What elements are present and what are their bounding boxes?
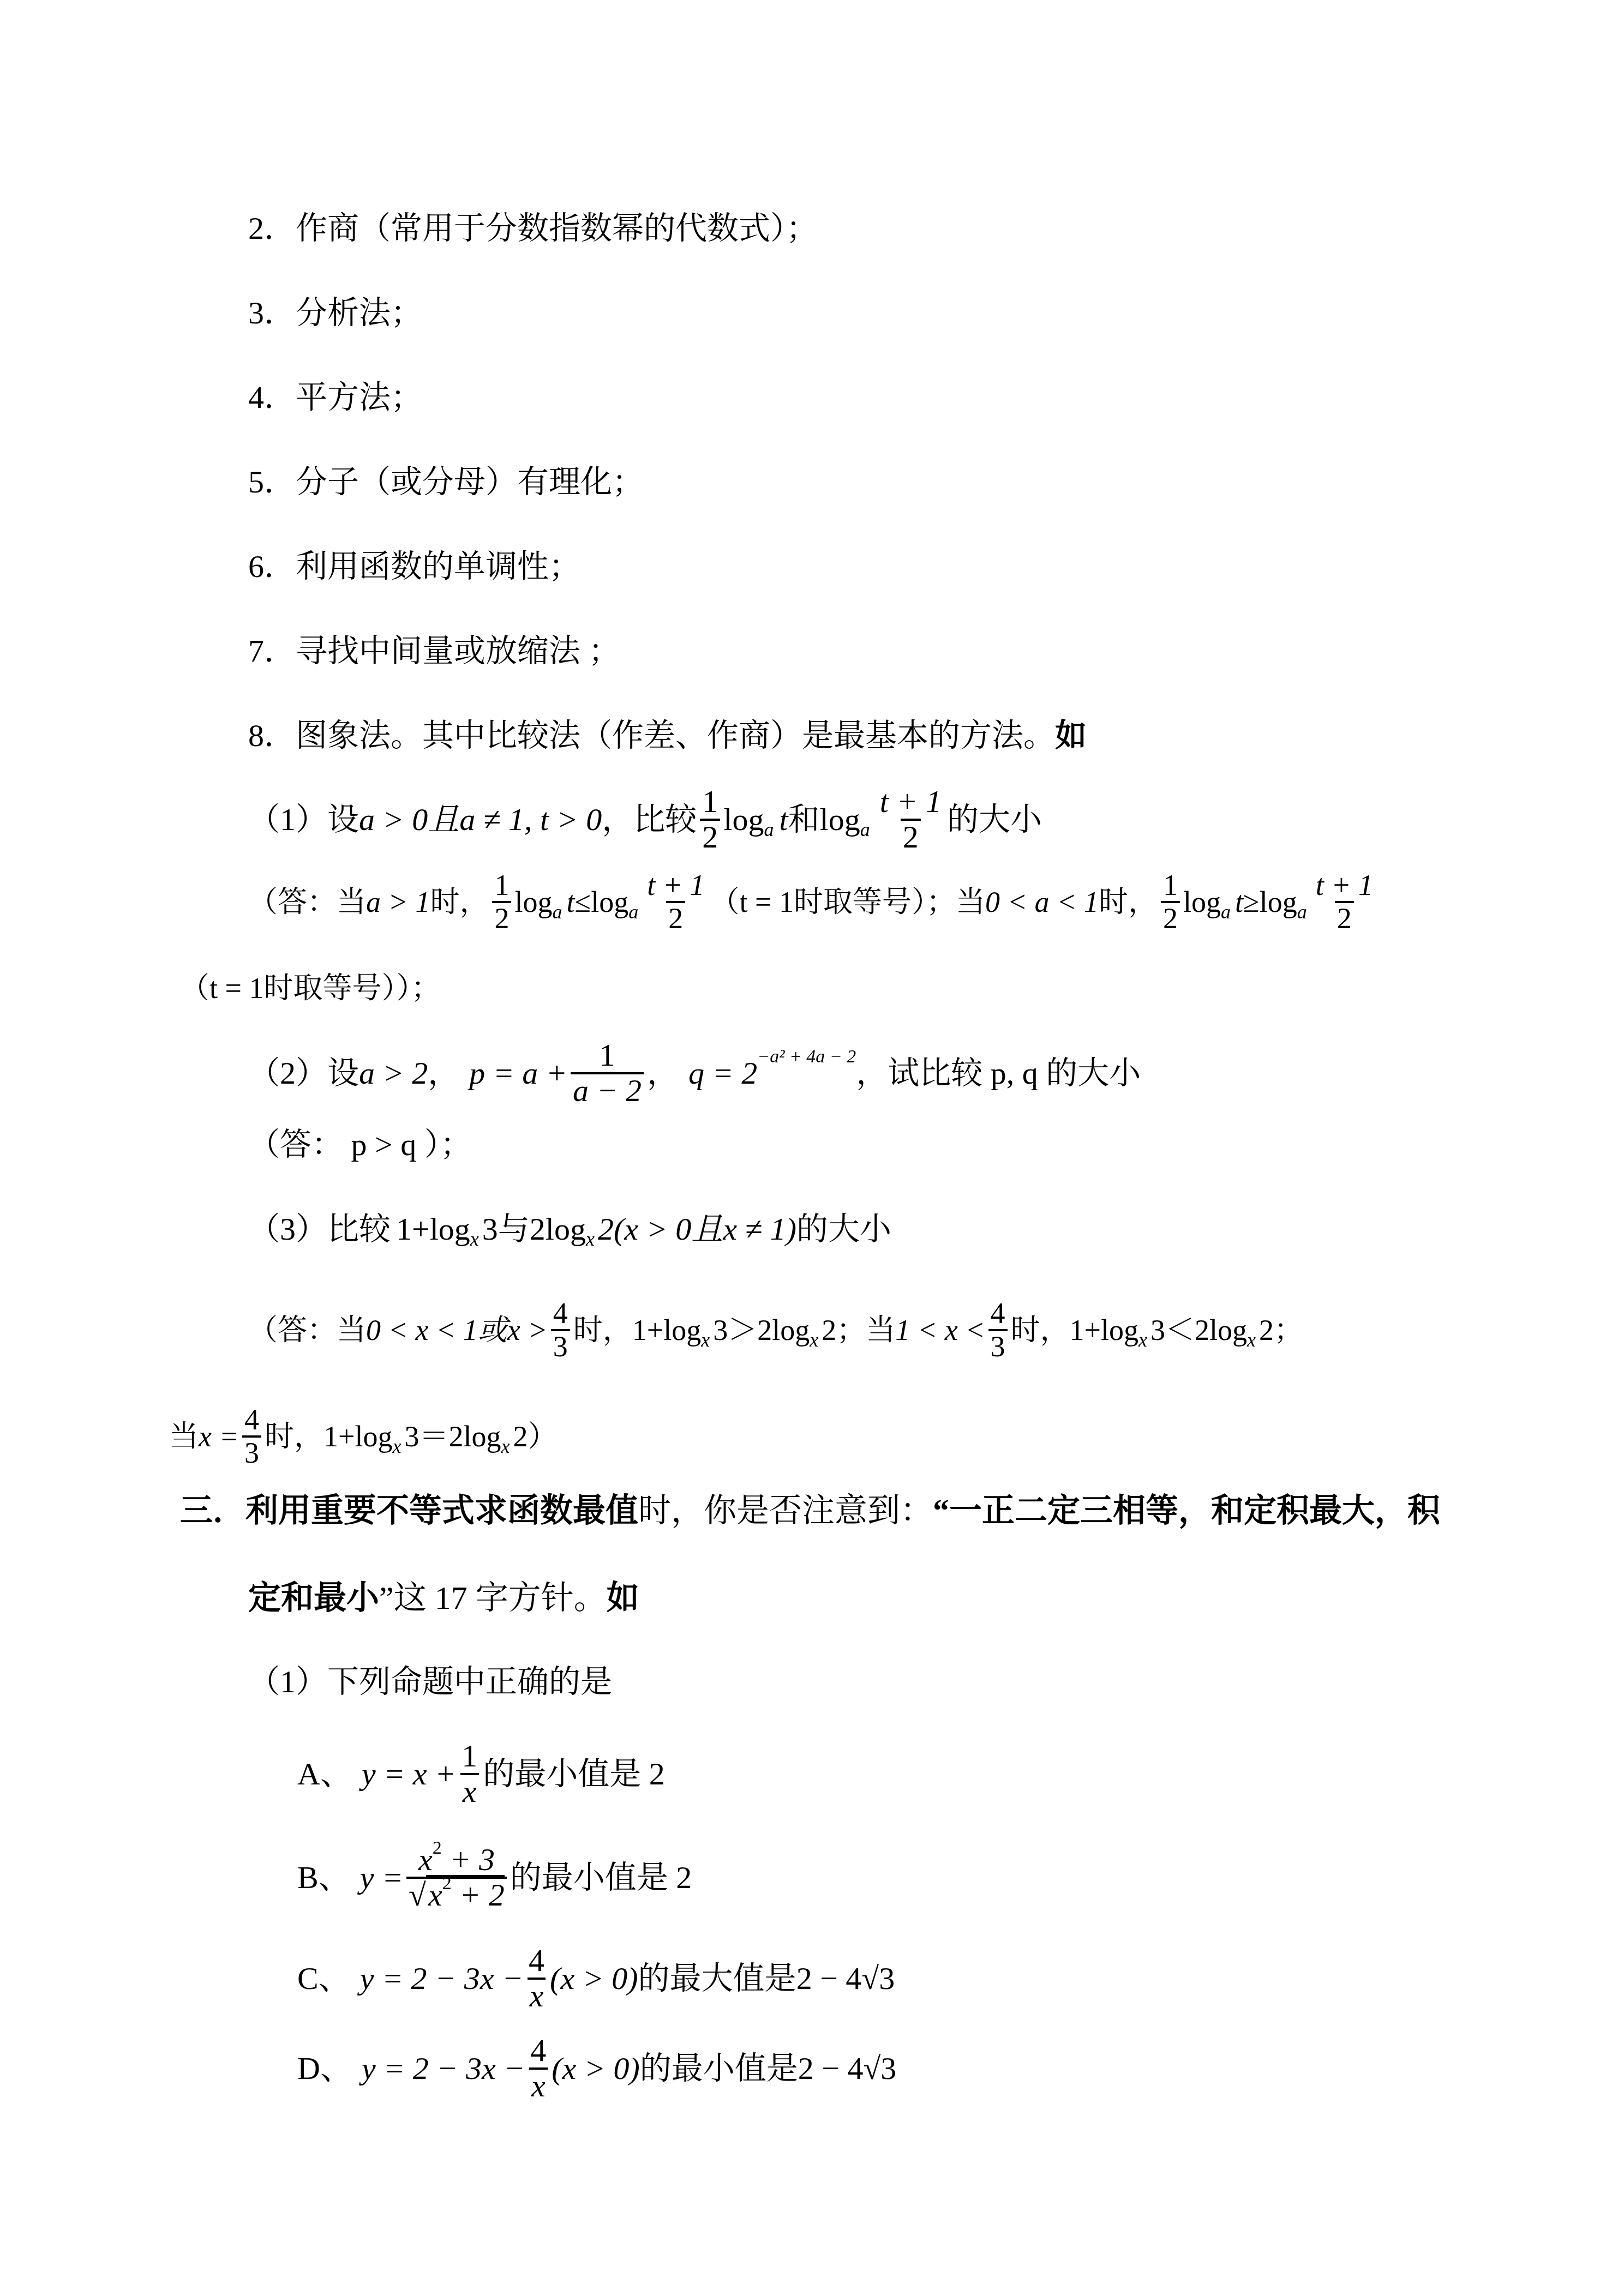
numerator: 4 [242, 1404, 261, 1435]
expression: 2log [757, 1315, 810, 1345]
log-base: x [392, 1436, 401, 1456]
formula: y = [360, 1862, 403, 1894]
text: （答：当 [248, 1315, 366, 1345]
value: 3 [1150, 1315, 1165, 1345]
fraction-half: 1 2 [700, 785, 720, 854]
fraction: 1 a − 2 [571, 1039, 644, 1108]
denominator: 2 [1335, 901, 1354, 934]
text: ；当 [836, 1315, 895, 1345]
condition: a > 0且a ≠ 1, t > 0 [359, 804, 602, 836]
formula: y = x + [362, 1758, 456, 1790]
denominator: 2 [666, 901, 685, 934]
numerator: 1 [597, 1039, 618, 1072]
motto: “一正二定三相等，和定积最大，积 [933, 1494, 1440, 1527]
expression: 2log [1195, 1315, 1247, 1345]
domain: (x > 0) [550, 1963, 638, 1994]
value: 2 [513, 1422, 528, 1451]
text: 与 [498, 1213, 530, 1245]
method-item-6: 6． 利用函数的单调性； [248, 551, 580, 582]
numerator: 4 [551, 1298, 570, 1329]
section-3-heading-cont: 定和最小 ”这 17 字方针。 如 [248, 1582, 639, 1614]
example-label: （3）比较 [248, 1213, 391, 1245]
question-1-stem: （1）下列命题中正确的是 [248, 1666, 612, 1698]
example-3-answer-cont: 当 x = 4 3 时， 1+logx 3 ＝ 2logx 2 ） [169, 1404, 557, 1468]
log-base: x [810, 1330, 818, 1350]
condition: 1 < x < [895, 1315, 985, 1345]
denominator: 2 [700, 819, 720, 854]
log-base: x [1138, 1330, 1147, 1350]
numerator: t + 1 [1314, 870, 1375, 901]
method-number: 8． [248, 720, 296, 752]
method-item-4: 4． 平方法； [248, 382, 422, 413]
denominator: √x2 + 2 [406, 1877, 507, 1912]
method-text: 图象法。其中比较法（作差、作商）是最基本的方法。 [296, 720, 1055, 752]
value: 2； [1259, 1315, 1303, 1345]
fraction-half: 1 2 [492, 870, 511, 934]
text: ”这 17 字方针。 [379, 1582, 607, 1614]
text: （答：当 [248, 887, 366, 917]
example-2-answer: （答： p > q ）； [248, 1129, 472, 1161]
log: log [1260, 887, 1297, 917]
method-number: 6． [248, 551, 296, 582]
method-tail: 如 [1055, 720, 1087, 752]
text: （t = 1时取等号））； [180, 973, 440, 1003]
option-c: C、 y = 2 − 3x − 4 x (x > 0) 的最大值是 2 − 4√… [297, 1944, 895, 2013]
relation: ≥ [1243, 887, 1260, 917]
method-item-2: 2． 作商（常用于分数指数幂的代数式）； [248, 213, 818, 244]
expression: 1+log [632, 1315, 701, 1345]
method-item-8: 8． 图象法。其中比较法（作差、作商）是最基本的方法。 如 [248, 720, 1087, 752]
relation: ≤ [574, 887, 591, 917]
text: 当 [169, 1422, 199, 1451]
log-base: a [764, 820, 774, 839]
example-3: （3）比较 1+logx 3 与 2logx 2(x > 0且x ≠ 1) 的大… [248, 1213, 891, 1245]
text: 时， [573, 1315, 632, 1345]
numerator: 1 [700, 785, 720, 819]
numerator: 1 [492, 870, 511, 901]
condition: 0 < a < 1 [985, 887, 1099, 917]
numerator: t + 1 [645, 870, 706, 901]
example-3-answer: （答：当 0 < x < 1或x > 4 3 时， 1+logx 3 ＞ 2lo… [248, 1298, 1303, 1362]
text: 的大小 [947, 804, 1042, 836]
q-expression: q = 2 [688, 1057, 757, 1089]
log-base: x [701, 1330, 710, 1350]
expression: 1+log [396, 1213, 470, 1245]
log-base: a [1221, 902, 1231, 922]
method-number: 7． [248, 635, 296, 667]
relation: ＞ [728, 1315, 757, 1345]
option-text: 的最小值是 2 [483, 1758, 665, 1790]
numerator: 4 [528, 2034, 548, 2067]
method-text: 平方法； [296, 382, 422, 413]
method-text: 作商（常用于分数指数幂的代数式）； [296, 213, 818, 244]
expression: 1+log [1070, 1315, 1138, 1345]
method-text: 寻找中间量或放缩法 ； [296, 635, 620, 667]
option-b: B、 y = x2 + 3 √x2 + 2 的最小值是 2 [297, 1843, 692, 1912]
log-base: x [1247, 1330, 1256, 1350]
denominator: x [528, 1978, 546, 2013]
var: t [1235, 887, 1243, 917]
text: 时， [265, 1422, 323, 1451]
condition: 0 < x < 1或x > [366, 1315, 548, 1345]
log: log [820, 804, 860, 836]
text: 和 [788, 804, 820, 836]
expression: 2log [448, 1422, 501, 1451]
relation: ＜ [1165, 1315, 1195, 1345]
text: 时， [1099, 887, 1158, 917]
log-base: x [501, 1436, 510, 1456]
log-base: x [470, 1229, 479, 1249]
log: log [514, 887, 552, 917]
denominator: x [460, 1773, 479, 1808]
method-item-3: 3． 分析法； [248, 297, 422, 329]
method-item-7: 7． 寻找中间量或放缩法 ； [248, 635, 620, 667]
section-3-heading: 三． 利用重要不等式求函数最值 时，你是否注意到： “一正二定三相等，和定积最大… [180, 1494, 1440, 1527]
option-label: D、 [297, 2053, 352, 2084]
domain: (x > 0) [552, 2053, 640, 2084]
text: 如 [607, 1582, 639, 1614]
fraction: 4 x [526, 1944, 547, 2013]
expression: 2log [530, 1213, 586, 1245]
option-text: 的最小值是 2 [510, 1862, 692, 1894]
section-title: 利用重要不等式求函数最值 [245, 1494, 638, 1527]
option-label: B、 [297, 1862, 350, 1894]
option-label: A、 [297, 1758, 352, 1790]
fraction: 4 3 [988, 1298, 1008, 1362]
text: 时， [1011, 1315, 1070, 1345]
question-text: （1）下列命题中正确的是 [248, 1666, 612, 1698]
example-label: （2）设 [248, 1057, 359, 1089]
var: t [566, 887, 574, 917]
method-number: 2． [248, 213, 296, 244]
log-base: a [552, 902, 562, 922]
relation: ＝ [419, 1422, 448, 1451]
denominator: a − 2 [571, 1072, 644, 1108]
fraction: t + 1 2 [1314, 870, 1375, 934]
value: 2 [822, 1315, 836, 1345]
option-label: C、 [297, 1963, 350, 1994]
option-value: 2 − 4√3 [798, 2053, 897, 2084]
denominator: 3 [988, 1329, 1008, 1362]
method-number: 5． [248, 466, 296, 498]
fraction: 4 x [528, 2034, 548, 2103]
text: ， [647, 1057, 679, 1089]
value: 3 [713, 1315, 728, 1345]
log: log [723, 804, 764, 836]
example-label: （1）设 [248, 804, 359, 836]
method-item-5: 5． 分子（或分母）有理化； [248, 466, 644, 498]
numerator: 4 [526, 1944, 547, 1978]
var: t [779, 804, 788, 836]
fraction: t + 1 2 [645, 870, 706, 934]
text: ） [528, 1422, 557, 1451]
section-number: 三． [180, 1494, 245, 1527]
denominator: 3 [551, 1329, 570, 1362]
condition: 2(x > 0且x ≠ 1) [598, 1213, 796, 1245]
text: ，比较 [602, 804, 697, 836]
denominator: 2 [901, 819, 921, 854]
method-number: 3． [248, 297, 296, 329]
text: 的大小 [796, 1213, 891, 1245]
formula: y = 2 − 3x − [362, 2053, 525, 2084]
numerator: t + 1 [878, 785, 944, 819]
motto: 定和最小 [248, 1582, 379, 1614]
answer-text: （答： p > q ）； [248, 1129, 472, 1161]
denominator: x [529, 2067, 548, 2103]
example-1-answer: （答：当 a > 1 时， 1 2 loga t ≤ loga t + 1 2 … [248, 870, 1379, 934]
example-2: （2）设 a > 2 ， p = a + 1 a − 2 ， q = 2−a² … [248, 1039, 1141, 1108]
option-d: D、 y = 2 − 3x − 4 x (x > 0) 的最小值是 2 − 4√… [297, 2034, 896, 2103]
denominator: 3 [242, 1435, 261, 1469]
numerator: x2 + 3 [416, 1843, 497, 1877]
method-text: 利用函数的单调性； [296, 551, 580, 582]
log: log [591, 887, 628, 917]
expression: 1+log [323, 1422, 392, 1451]
text: ， [428, 1057, 459, 1089]
fraction-half: 1 2 [1161, 870, 1180, 934]
fraction: t + 1 2 [878, 785, 944, 854]
numerator: 1 [1161, 870, 1180, 901]
text: 时，你是否注意到： [638, 1494, 933, 1527]
log: log [1183, 887, 1221, 917]
text: ，试比较 p, q 的大小 [856, 1057, 1141, 1089]
log-base: a [1297, 902, 1307, 922]
numerator: 1 [459, 1740, 480, 1773]
condition: a > 1 [366, 887, 430, 917]
method-number: 4． [248, 382, 296, 413]
text: （t = 1时取等号）；当 [710, 887, 985, 917]
exponent: −a² + 4a − 2 [757, 1048, 856, 1066]
fraction: 4 3 [551, 1298, 570, 1362]
log-base: x [586, 1229, 595, 1249]
text: 时， [430, 887, 489, 917]
fraction: 1 x [459, 1740, 480, 1808]
example-1-answer-cont: （t = 1时取等号））； [180, 973, 440, 1003]
denominator: 2 [1161, 901, 1180, 934]
example-1: （1）设 a > 0且a ≠ 1, t > 0 ，比较 1 2 loga t 和… [248, 785, 1042, 854]
log-base: a [628, 902, 638, 922]
denominator: 2 [492, 901, 511, 934]
method-text: 分析法； [296, 297, 422, 329]
method-text: 分子（或分母）有理化； [296, 466, 644, 498]
value: 3 [404, 1422, 419, 1451]
option-a: A、 y = x + 1 x 的最小值是 2 [297, 1740, 665, 1808]
condition: x = [199, 1422, 239, 1451]
option-text: 的最大值是 [638, 1963, 796, 1994]
option-text: 的最小值是 [640, 2053, 798, 2084]
value: 3 [482, 1213, 498, 1245]
numerator: 4 [988, 1298, 1008, 1329]
fraction: 4 3 [242, 1404, 261, 1468]
p-expression: p = a + [469, 1057, 567, 1089]
log-base: a [860, 820, 870, 839]
formula: y = 2 − 3x − [360, 1963, 523, 1994]
fraction: x2 + 3 √x2 + 2 [406, 1843, 507, 1912]
condition: a > 2 [359, 1057, 428, 1089]
option-value: 2 − 4√3 [796, 1963, 895, 1994]
